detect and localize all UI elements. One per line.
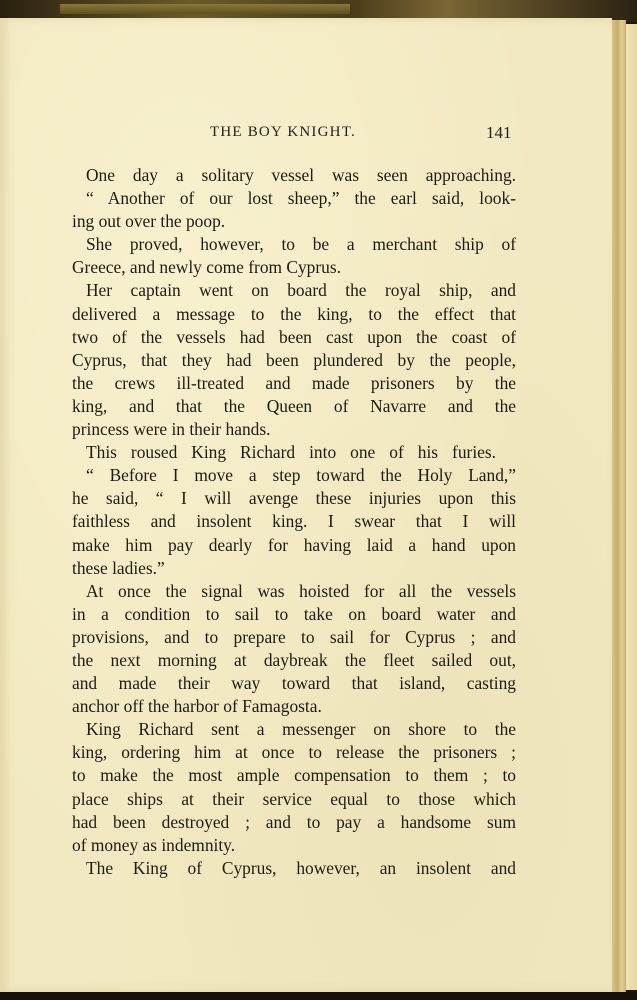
text-line: two of the vessels had been cast upon th…	[72, 326, 516, 349]
text-line: Her captain went on board the royal ship…	[86, 279, 516, 302]
text-line: provisions, and to prepare to sail for C…	[72, 626, 516, 649]
text-line: and made their way toward that island, c…	[72, 672, 516, 695]
text-line: The King of Cyprus, however, an insolent…	[86, 857, 516, 880]
text-line: king, and that the Queen of Navarre and …	[72, 395, 516, 418]
text-line: One day a solitary vessel was seen appro…	[86, 164, 516, 187]
text-line: Cyprus, that they had been plundered by …	[72, 349, 516, 372]
text-line: to make the most ample compensation to t…	[72, 764, 516, 787]
book-top-band	[60, 4, 350, 14]
text-line: anchor off the harbor of Famagosta.	[72, 695, 516, 718]
text-line: faithless and insolent king. I swear tha…	[72, 510, 516, 533]
text-line: “ Before I move a step toward the Holy L…	[86, 464, 516, 487]
page-number: 141	[486, 123, 512, 143]
text-line: king, ordering him at once to release th…	[72, 741, 516, 764]
text-line: the crews ill-treated and made prisoners…	[72, 372, 516, 395]
text-line: of money as indemnity.	[72, 834, 516, 857]
text-line: King Richard sent a messenger on shore t…	[86, 718, 516, 741]
body-text: One day a solitary vessel was seen appro…	[86, 164, 516, 880]
text-line: these ladies.”	[72, 557, 516, 580]
text-line: ing out over the poop.	[72, 210, 516, 233]
text-line: princess were in their hands.	[72, 418, 516, 441]
text-line: At once the signal was hoisted for all t…	[86, 580, 516, 603]
text-line: had been destroyed ; and to pay a handso…	[72, 811, 516, 834]
book-bottom-edge	[0, 992, 637, 1000]
text-line: This roused King Richard into one of his…	[86, 441, 496, 464]
page-edge-stack	[626, 24, 637, 990]
text-line: delivered a message to the king, to the …	[72, 303, 516, 326]
running-title: THE BOY KNIGHT.	[210, 124, 356, 141]
text-line: “ Another of our lost sheep,” the earl s…	[86, 187, 516, 210]
text-line: Greece, and newly come from Cyprus.	[72, 256, 516, 279]
text-line: make him pay dearly for having laid a ha…	[72, 534, 516, 557]
text-line: in a condition to sail to take on board …	[72, 603, 516, 626]
book-page: THE BOY KNIGHT. 141 One day a solitary v…	[0, 18, 612, 992]
page-edge	[612, 20, 626, 992]
text-line: he said, “ I will avenge these injuries …	[72, 487, 516, 510]
text-line: place ships at their service equal to th…	[72, 788, 516, 811]
text-line: She proved, however, to be a merchant sh…	[86, 233, 516, 256]
text-line: the next morning at daybreak the fleet s…	[72, 649, 516, 672]
running-head: THE BOY KNIGHT. 141	[0, 124, 612, 148]
